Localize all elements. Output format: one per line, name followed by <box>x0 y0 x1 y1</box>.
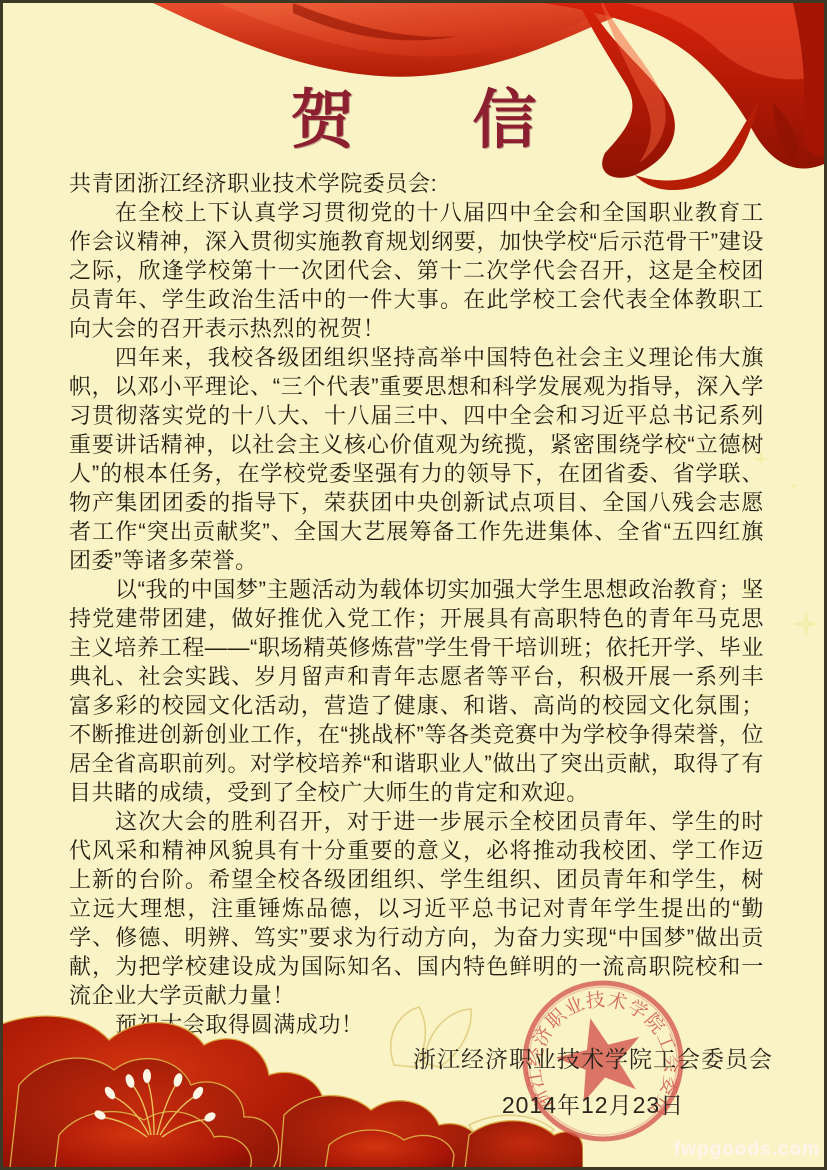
signature-date: 2014年12月23日 <box>403 1087 783 1120</box>
sparkle-icon <box>793 611 819 637</box>
salutation-line: 共青团浙江经济职业技术学院委员会: <box>69 169 764 198</box>
paragraph-2: 四年来，我校各级团组织坚持高举中国特色社会主义理论伟大旗帜，以邓小平理论、“三个… <box>69 343 764 575</box>
letter-title: 贺 信 <box>3 89 824 153</box>
title-char-1: 贺 <box>291 89 355 153</box>
congratulation-letter-page: 贺 信 共青团浙江经济职业技术学院委员会: 在全校上下认真学习贯彻党的十八届四中… <box>0 0 827 1170</box>
peony-stamens <box>93 1069 217 1137</box>
paragraph-1: 在全校上下认真学习贯彻党的十八届四中全会和全国职业教育工作会议精神，深入贯彻实施… <box>69 198 764 343</box>
paragraph-3: 以“我的中国梦”主题活动为载体切实加强大学生思想政治教育；坚持党建带团建，做好推… <box>69 575 764 807</box>
sparkle-icon <box>789 481 799 491</box>
watermark-text: fwpgoods.com <box>674 1139 820 1161</box>
signature-block: 浙江经济职业技术学院工会委员会 2014年12月23日 <box>403 1041 783 1120</box>
letter-body: 共青团浙江经济职业技术学院委员会: 在全校上下认真学习贯彻党的十八届四中全会和全… <box>69 169 764 1039</box>
signature-name: 浙江经济职业技术学院工会委员会 <box>403 1041 783 1074</box>
title-char-2: 信 <box>473 89 537 153</box>
